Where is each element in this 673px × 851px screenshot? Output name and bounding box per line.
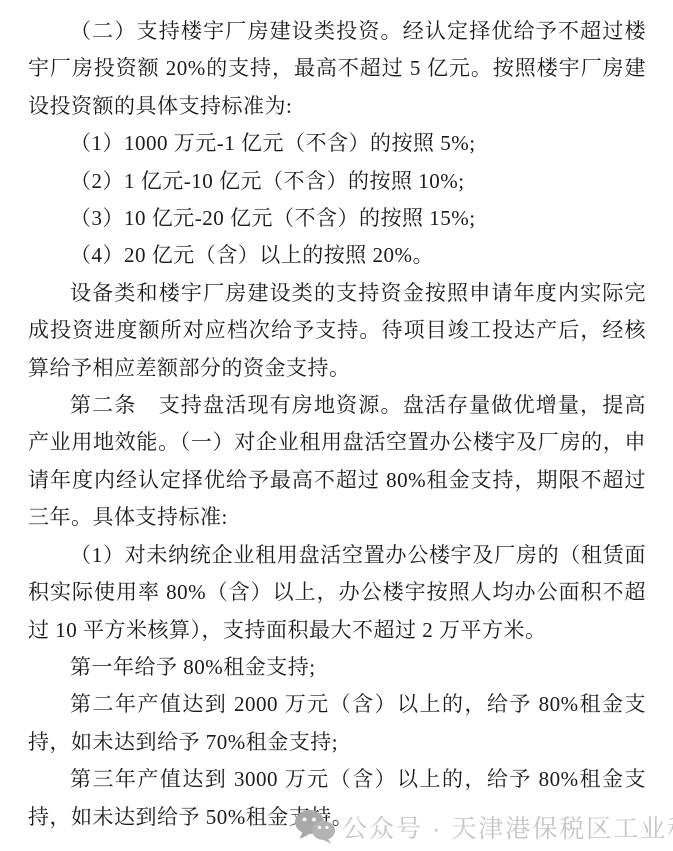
paragraph-year-2-support: 第二年产值达到 2000 万元（含）以上的，给予 80%租金支持，如未达到给予 … bbox=[28, 686, 646, 761]
paragraph-rent-support-criteria: （1）对未纳统企业租用盘活空置办公楼宇及厂房的（租赁面积实际使用率 80%（含）… bbox=[28, 537, 646, 649]
paragraph-tier-4: （4）20 亿元（含）以上的按照 20%。 bbox=[28, 237, 646, 274]
document-page: （二）支持楼宇厂房建设类投资。经认定择优给予不超过楼宇厂房投资额 20%的支持，… bbox=[0, 0, 673, 851]
paragraph-funding-progress: 设备类和楼宇厂房建设类的支持资金按照申请年度内实际完成投资进度额所对应档次给予支… bbox=[28, 275, 646, 387]
paragraph-tier-3: （3）10 亿元-20 亿元（不含）的按照 15%; bbox=[28, 200, 646, 237]
paragraph-building-investment-intro: （二）支持楼宇厂房建设类投资。经认定择优给予不超过楼宇厂房投资额 20%的支持，… bbox=[28, 13, 646, 125]
paragraph-article-2: 第二条 支持盘活现有房地资源。盘活存量做优增量，提高产业用地效能。（一）对企业租… bbox=[28, 387, 646, 537]
paragraph-tier-2: （2）1 亿元-10 亿元（不含）的按照 10%; bbox=[28, 163, 646, 200]
document-body: （二）支持楼宇厂房建设类投资。经认定择优给予不超过楼宇厂房投资额 20%的支持，… bbox=[28, 13, 646, 836]
paragraph-tier-1: （1）1000 万元-1 亿元（不含）的按照 5%; bbox=[28, 125, 646, 162]
paragraph-year-3-support: 第三年产值达到 3000 万元（含）以上的，给予 80%租金支持，如未达到给予 … bbox=[28, 761, 646, 836]
paragraph-year-1-support: 第一年给予 80%租金支持; bbox=[28, 649, 646, 686]
